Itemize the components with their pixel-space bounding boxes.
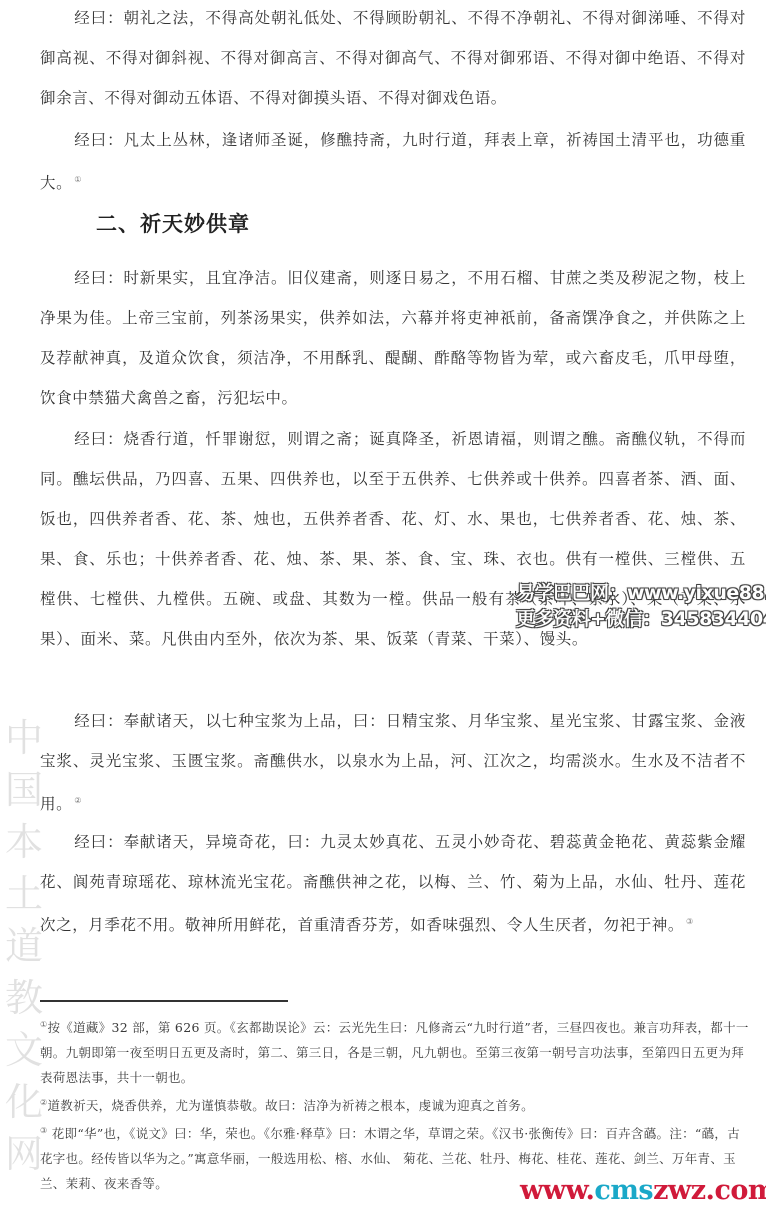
paragraph-text: 经曰：朝礼之法，不得高处朝礼低处、不得顾盼朝礼、不得不净朝礼、不得对御涕唾、不得… xyxy=(40,9,746,107)
watermark-char: 道 xyxy=(4,920,44,972)
footnote-ref[interactable]: ① xyxy=(74,175,82,184)
watermark-char: 土 xyxy=(4,868,44,920)
watermark-line-site: 易学巴巴网：www.yixue88.cn xyxy=(516,580,766,606)
watermark-char: 本 xyxy=(4,816,44,868)
watermark-char: 网 xyxy=(4,1128,44,1180)
footnote-ref[interactable]: ② xyxy=(74,796,82,805)
url-part: cms xyxy=(594,1175,653,1206)
watermark-char: 教 xyxy=(4,972,44,1024)
paragraph-text: 经曰：时新果实，且宜净洁。旧仪建斋，则逐日易之，不用石榴、甘蔗之类及秽泥之物，枝… xyxy=(40,269,746,407)
paragraph-2: 经曰：凡太上丛林，逢诸师圣诞，修醮持斋，九时行道，拜表上章，祈祷国土清平也，功德… xyxy=(40,120,746,203)
paragraph-5: 经曰：奉献诸天，以七种宝浆为上品，曰：日精宝浆、月华宝浆、星光宝浆、甘露宝浆、金… xyxy=(40,701,746,824)
watermark-char: 中 xyxy=(4,712,44,764)
footnote-1: ①按《道藏》32 部，第 626 页。《玄都勘误论》云：云光先生曰：凡修斋云“九… xyxy=(40,1012,750,1090)
paragraph-text: 经曰：奉献诸天，异境奇花，曰：九灵太妙真花、五灵小妙奇花、碧蕊黄金艳花、黄蕊紫金… xyxy=(40,833,746,934)
paragraph-3: 经曰：时新果实，且宜净洁。旧仪建斋，则逐日易之，不用石榴、甘蔗之类及秽泥之物，枝… xyxy=(40,258,746,418)
url-part: www. xyxy=(520,1175,594,1206)
footnote-text: 按《道藏》32 部，第 626 页。《玄都勘误论》云：云光先生曰：凡修斋云“九时… xyxy=(40,1020,749,1085)
watermark-char: 化 xyxy=(4,1076,44,1128)
document-page: 中 国 本 土 道 教 文 化 网 经曰：朝礼之法，不得高处朝礼低处、不得顾盼朝… xyxy=(0,0,766,1208)
footnote-2: ②道教祈天，烧香供养，尤为谨慎恭敬。故曰：洁净为祈祷之根本，虔诚为迎真之首务。 xyxy=(40,1090,750,1118)
watermark-line-contact: 更多资料+微信：3458344044 xyxy=(516,606,766,632)
footnote-divider xyxy=(40,1000,288,1002)
paragraph-6: 经曰：奉献诸天，异境奇花，曰：九灵太妙真花、五灵小妙奇花、碧蕊黄金艳花、黄蕊紫金… xyxy=(40,822,746,945)
site-watermark-vertical: 中 国 本 土 道 教 文 化 网 xyxy=(4,712,44,1180)
url-part: zwz.com xyxy=(653,1175,766,1206)
section-heading: 二、祈天妙供章 xyxy=(96,208,250,238)
footnotes: ①按《道藏》32 部，第 626 页。《玄都勘误论》云：云光先生曰：凡修斋云“九… xyxy=(40,1012,750,1196)
footnote-ref[interactable]: ③ xyxy=(686,917,694,926)
paragraph-1: 经曰：朝礼之法，不得高处朝礼低处、不得顾盼朝礼、不得不净朝礼、不得对御涕唾、不得… xyxy=(40,0,746,118)
footnote-text: 道教祈天，烧香供养，尤为谨慎恭敬。故曰：洁净为祈祷之根本，虔诚为迎真之首务。 xyxy=(47,1098,533,1113)
watermark-char: 国 xyxy=(4,764,44,816)
url-watermark[interactable]: www.cmszwz.com xyxy=(520,1175,766,1206)
overlay-watermark: 易学巴巴网：www.yixue88.cn 更多资料+微信：3458344044 xyxy=(512,580,766,632)
paragraph-text: 经曰：凡太上丛林，逢诸师圣诞，修醮持斋，九时行道，拜表上章，祈祷国土清平也，功德… xyxy=(40,131,746,192)
watermark-char: 文 xyxy=(4,1024,44,1076)
paragraph-text: 经曰：奉献诸天，以七种宝浆为上品，曰：日精宝浆、月华宝浆、星光宝浆、甘露宝浆、金… xyxy=(40,712,746,813)
